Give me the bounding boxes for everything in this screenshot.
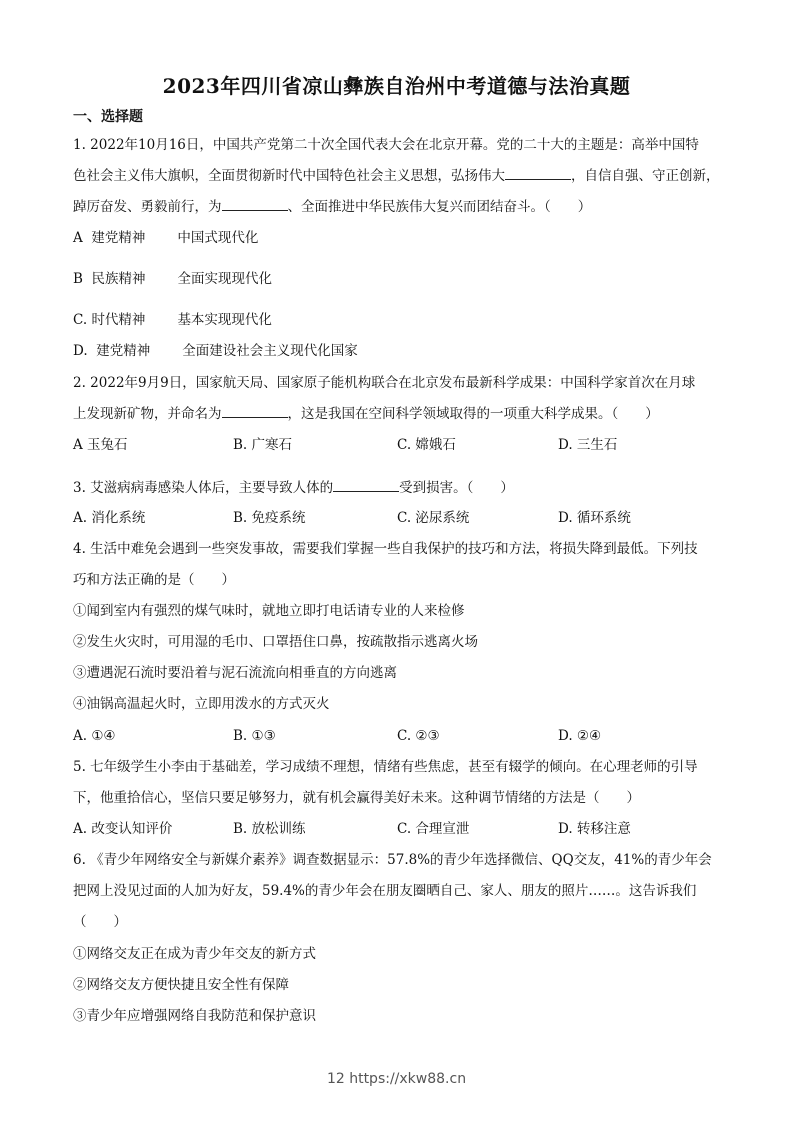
q4-option-c: C. ②③ — [397, 727, 440, 745]
q4-statement-3: ③遭遇泥石流时要沿着与泥石流流向相垂直的方向逃离 — [73, 664, 397, 682]
q4-option-b: B. ①③ — [233, 727, 276, 745]
q4-option-a: A. ①④ — [73, 727, 116, 745]
q5-option-c: C. 合理宣泄 — [397, 820, 469, 838]
document-title: 2023年四川省凉山彝族自治州中考道德与法治真题 — [0, 70, 793, 99]
q2-option-b: B. 广寒石 — [233, 436, 292, 454]
q6-statement-3: ③青少年应增强网络自我防范和保护意识 — [73, 1007, 316, 1025]
q3-option-a: A. 消化系统 — [73, 509, 145, 527]
q2-line-2: 上发现新矿物，并命名为，这是我国在空间科学领域取得的一项重大科学成果。（ ） — [73, 404, 659, 423]
q4-option-d: D. ②④ — [558, 727, 601, 745]
q2-option-a: A 玉兔石 — [73, 436, 128, 454]
answer-blank — [222, 197, 288, 211]
q3-option-c: C. 泌尿系统 — [397, 509, 469, 527]
q4-statement-4: ④油锅高温起火时，立即用泼水的方式灭火 — [73, 695, 330, 713]
q2-line-1: 2. 2022年9月9日，国家航天局、国家原子能机构联合在北京发布最新科学成果：… — [73, 374, 695, 392]
q3-option-b: B. 免疫系统 — [233, 509, 306, 527]
q1-line-3: 踔厉奋发、勇毅前行，为、全面推进中华民族伟大复兴而团结奋斗。（ ） — [73, 197, 591, 216]
q4-line-1: 4. 生活中难免会遇到一些突发事故，需要我们掌握一些自我保护的技巧和方法，将损失… — [73, 540, 698, 558]
q5-line-2: 下，他重拾信心，坚信只要足够努力，就有机会赢得美好未来。这种调节情绪的方法是（ … — [73, 789, 640, 807]
q1-option-a: A 建党精神中国式现代化 — [73, 229, 258, 247]
q5-option-a: A. 改变认知评价 — [73, 820, 172, 838]
q1-line-2: 色社会主义伟大旗帜，全面贯彻新时代中国特色社会主义思想，弘扬伟大，自信自强、守正… — [73, 166, 720, 185]
q6-line-1: 6. 《青少年网络安全与新媒介素养》调查数据显示：57.8%的青少年选择微信、Q… — [73, 851, 712, 869]
q4-statement-2: ②发生火灾时，可用湿的毛巾、口罩捂住口鼻，按疏散指示逃离火场 — [73, 633, 478, 651]
q5-line-1: 5. 七年级学生小李由于基础差，学习成绩不理想，情绪有些焦虑，甚至有辍学的倾向。… — [73, 758, 698, 776]
q1-line-1: 1. 2022年10月16日，中国共产党第二十次全国代表大会在北京开幕。党的二十… — [73, 136, 699, 154]
q1-option-b: B 民族精神全面实现现代化 — [73, 270, 272, 288]
answer-blank — [505, 166, 571, 180]
q6-statement-1: ①网络交友正在成为青少年交友的新方式 — [73, 945, 316, 963]
q5-option-b: B. 放松训练 — [233, 820, 306, 838]
section-heading: 一、选择题 — [73, 106, 143, 126]
q6-line-3: （ ） — [73, 913, 127, 931]
q3-line-1: 3. 艾滋病病毒感染人体后，主要导致人体的受到损害。（ ） — [73, 478, 514, 497]
q1-option-d: D. 建党精神全面建设社会主义现代化国家 — [73, 342, 358, 360]
answer-blank — [222, 404, 288, 418]
q2-option-c: C. 嫦娥石 — [397, 436, 456, 454]
page-footer: 12 https://xkw88.cn — [0, 1071, 793, 1087]
q6-line-2: 把网上没见过面的人加为好友，59.4%的青少年会在朋友圈晒自己、家人、朋友的照片… — [73, 882, 696, 900]
q6-statement-2: ②网络交友方便快捷且安全性有保障 — [73, 976, 289, 994]
q3-option-d: D. 循环系统 — [558, 509, 631, 527]
q5-option-d: D. 转移注意 — [558, 820, 631, 838]
q2-option-d: D. 三生石 — [558, 436, 617, 454]
q1-option-c: C. 时代精神基本实现现代化 — [73, 311, 272, 329]
q4-line-2: 巧和方法正确的是（ ） — [73, 571, 235, 589]
answer-blank — [333, 478, 399, 492]
q4-statement-1: ①闻到室内有强烈的煤气味时，就地立即打电话请专业的人来检修 — [73, 602, 465, 620]
